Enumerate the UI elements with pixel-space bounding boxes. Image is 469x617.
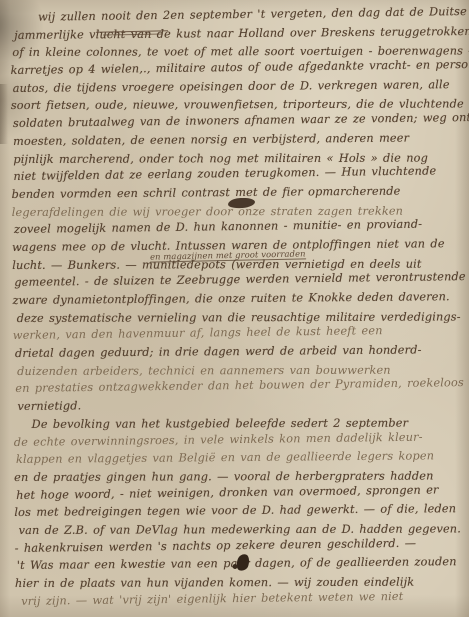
manuscript-line: jammerlijke vlucht van de kust naar Holl… bbox=[10, 23, 467, 45]
manuscript-line: moesten, soldaten, de eenen norsig en ve… bbox=[11, 129, 468, 151]
manuscript-line: drietal dagen geduurd; in drie dagen wer… bbox=[13, 341, 469, 363]
manuscript-page: wij zullen nooit den 2en september 't ve… bbox=[0, 0, 469, 617]
handwritten-text-block: wij zullen nooit den 2en september 't ve… bbox=[10, 5, 469, 610]
manuscript-line: vernietigd. bbox=[13, 394, 469, 416]
manuscript-line: zware dynamietontploffingen, die onze ru… bbox=[12, 288, 469, 310]
edge-smudge bbox=[0, 84, 8, 144]
manuscript-line: autos, die tijdens vroegere opeisingen d… bbox=[11, 76, 468, 98]
